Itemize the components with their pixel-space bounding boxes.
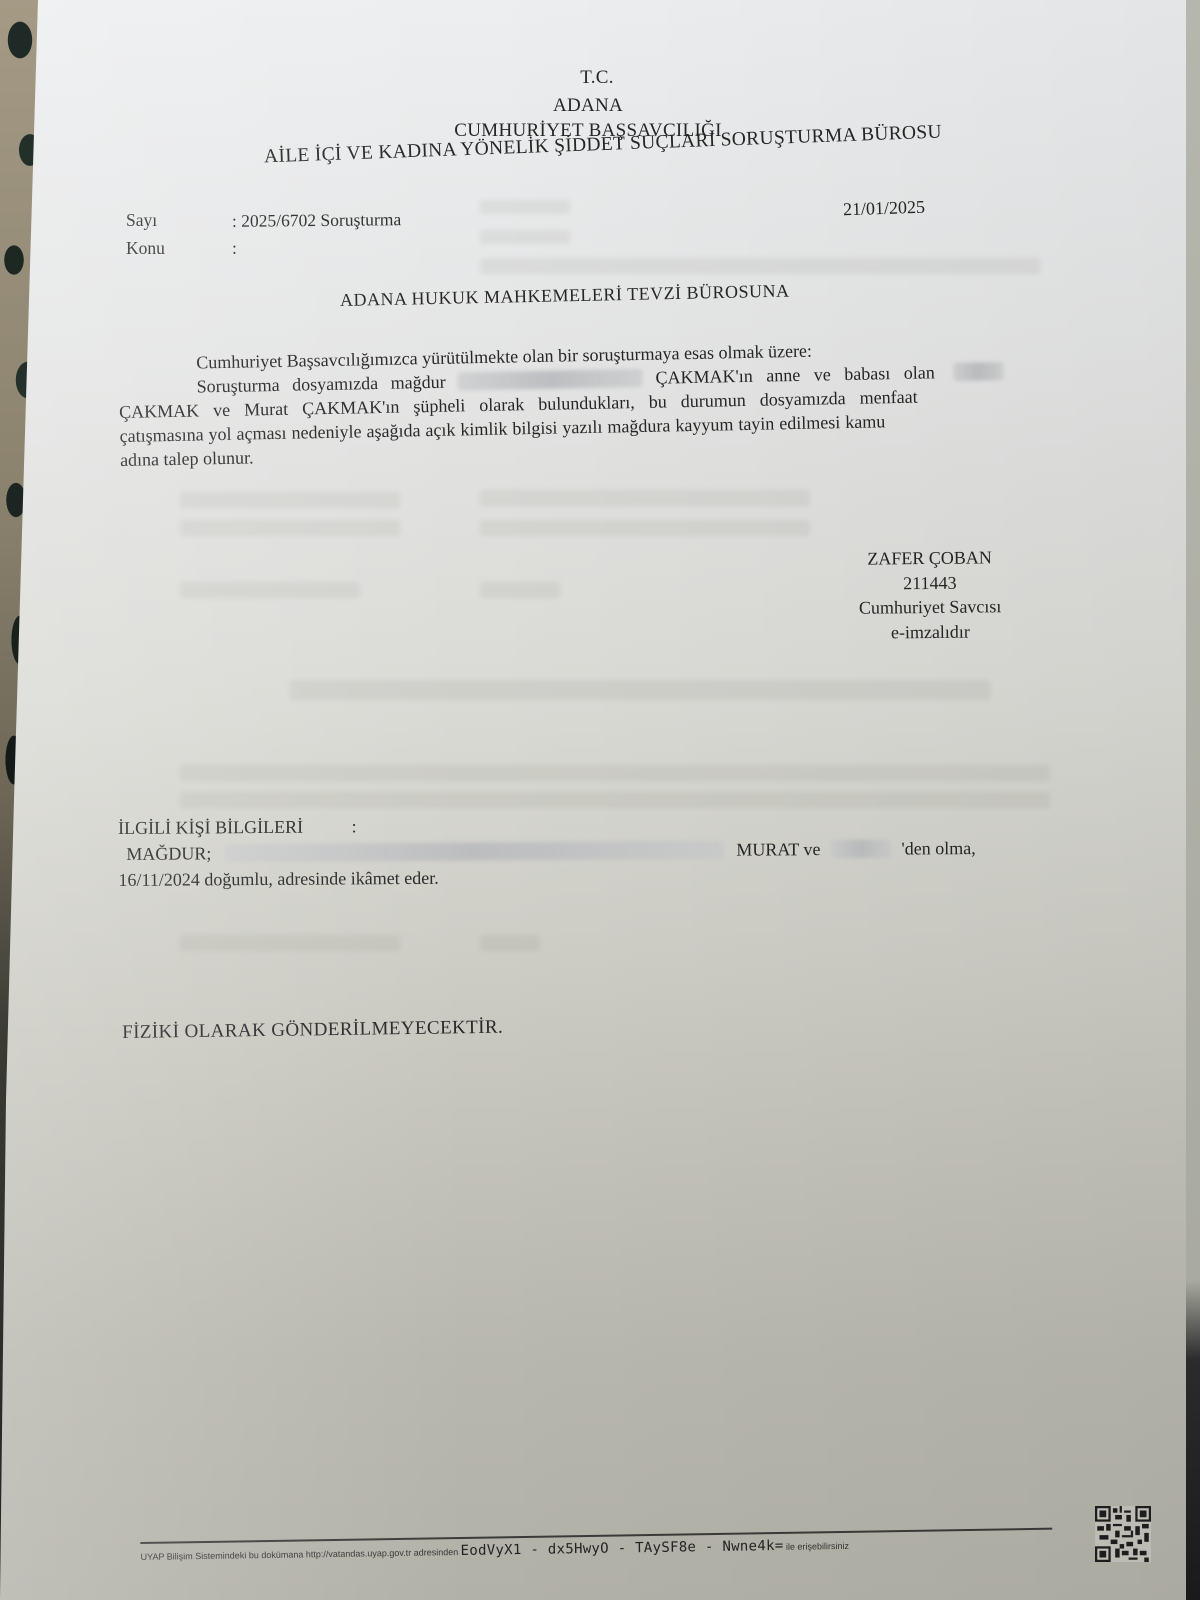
show-through bbox=[480, 258, 1040, 274]
signature-block: ZAFER ÇOBAN 211443 Cumhuriyet Savcısı e-… bbox=[819, 545, 1040, 645]
letter-body: Cumhuriyet Başsavcılığımızca yürütülmekt… bbox=[118, 334, 1065, 472]
show-through bbox=[180, 492, 400, 508]
header-city: ADANA bbox=[0, 95, 1181, 117]
body-text: Soruşturma dosyamızda mağdur bbox=[196, 372, 445, 397]
verification-code: EodVyX1 - dx5HwyO - TAySF8e - Nwne4k= bbox=[460, 1538, 783, 1559]
show-through bbox=[290, 680, 990, 700]
redacted-mother-name bbox=[831, 840, 891, 858]
signer-title: Cumhuriyet Savcısı bbox=[820, 594, 1040, 621]
document-date: 21/01/2025 bbox=[843, 197, 926, 221]
body-text: ÇAKMAK'ın anne ve babası olan bbox=[655, 362, 935, 387]
konu-label: Konu bbox=[126, 238, 165, 259]
redacted-identity bbox=[224, 841, 724, 862]
signer-name: ZAFER ÇOBAN bbox=[819, 545, 1039, 572]
konu-value: : bbox=[232, 238, 237, 259]
sayi-value: : 2025/6702 Soruşturma bbox=[232, 209, 401, 232]
show-through bbox=[180, 520, 400, 536]
show-through bbox=[180, 935, 400, 951]
show-through bbox=[480, 490, 810, 506]
show-through bbox=[480, 230, 570, 244]
birth-row: 16/11/2024 doğumlu, adresinde ikâmet ede… bbox=[118, 860, 1058, 893]
signature-status: e-imzalıdır bbox=[820, 618, 1040, 645]
show-through bbox=[180, 765, 1050, 781]
footer-suffix: ile erişebilirsiniz bbox=[786, 1541, 849, 1552]
signer-number: 211443 bbox=[820, 569, 1040, 596]
info-heading: İLGİLİ KİŞİ BİLGİLERİ bbox=[118, 817, 303, 838]
qr-code-icon bbox=[1094, 1506, 1152, 1562]
show-through bbox=[180, 582, 360, 598]
victim-suffix: 'den olma, bbox=[901, 838, 975, 859]
show-through bbox=[480, 582, 560, 598]
addressee: ADANA HUKUK MAHKEMELERİ TEVZİ BÜROSUNA bbox=[340, 281, 790, 311]
redacted-name bbox=[953, 362, 1003, 381]
verification-footer: UYAP Bilişim Sistemindeki bu dokümana ht… bbox=[140, 1506, 1061, 1580]
info-colon: : bbox=[351, 816, 356, 836]
show-through bbox=[480, 935, 540, 951]
document-page: T.C. ADANA CUMHURİYET BAŞSAVCILIĞI AİLE … bbox=[0, 0, 1186, 1600]
show-through bbox=[480, 520, 810, 536]
header-tc: T.C. bbox=[4, 67, 1190, 89]
victim-label: MAĞDUR; bbox=[126, 843, 211, 864]
redacted-name bbox=[458, 369, 643, 391]
related-person-info: İLGİLİ KİŞİ BİLGİLERİ : MAĞDUR; MURAT ve… bbox=[118, 808, 1059, 893]
show-through bbox=[480, 200, 570, 214]
footer-prefix: UYAP Bilişim Sistemindeki bu dokümana ht… bbox=[141, 1547, 459, 1562]
victim-father: MURAT ve bbox=[736, 839, 820, 860]
sayi-label: Sayı bbox=[126, 210, 157, 231]
delivery-notice: FİZİKİ OLARAK GÖNDERİLMEYECEKTİR. bbox=[122, 1017, 503, 1044]
footer-text: UYAP Bilişim Sistemindeki bu dokümana ht… bbox=[140, 1534, 1060, 1564]
show-through bbox=[180, 792, 1050, 808]
